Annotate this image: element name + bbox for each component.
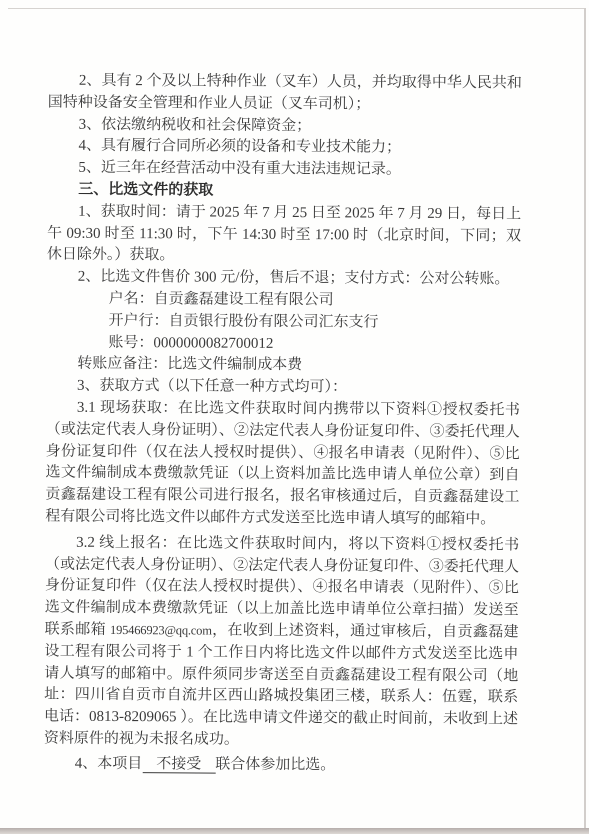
- bank-account-number: 账号：0000000082700012: [46, 332, 520, 357]
- consortium-suffix: 联合体参加比选。: [215, 756, 335, 773]
- para-document-price: 2、比选文件售价 300 元/份，售后不退；支付方式：公对公转账。: [47, 267, 521, 292]
- para-acquisition-methods: 3、获取方式（以下任意一种方式均可）：: [46, 376, 520, 401]
- qualification-item-3: 3、依法缴纳税收和社会保障资金；: [48, 114, 522, 139]
- bank-account-name: 户名：自贡鑫磊建设工程有限公司: [47, 289, 521, 314]
- consortium-not-accepted: 不接受: [142, 756, 215, 773]
- page-bottom-edge: [0, 828, 589, 834]
- para-consortium-rule: 4、本项目不接受联合体参加比选。: [44, 753, 518, 778]
- consortium-prefix: 4、本项目: [75, 755, 143, 771]
- contact-email: 195466923@qq.com: [110, 623, 212, 638]
- qualification-item-2: 2、具有 2 个及以上特种作业（叉车）人员，并均取得中华人民共和国特种设备安全管…: [48, 71, 522, 117]
- online-registration-text-cont: ，在收到上述资料，通过审核后，自贡鑫磊建设工程有限公司将于 1 个工作日内将比选…: [44, 622, 519, 747]
- qualification-item-5: 5、近三年在经营活动中没有重大违法违规记录。: [47, 158, 521, 183]
- bank-branch: 开户行：自贡银行股份有限公司汇东支行: [46, 310, 520, 335]
- document-body: 2、具有 2 个及以上特种作业（叉车）人员，并均取得中华人民共和国特种设备安全管…: [44, 71, 522, 778]
- para-acquisition-time: 1、获取时间：请于 2025 年 7 月 25 日至 2025 年 7 月 29…: [47, 201, 521, 269]
- section-heading-acquisition: 三、比选文件的获取: [47, 180, 521, 205]
- bank-transfer-note: 转账应备注：比选文件编制成本费: [46, 354, 520, 379]
- page-right-edge: [584, 8, 586, 828]
- page-top-edge: [8, 8, 586, 9]
- scanned-page: 2、具有 2 个及以上特种作业（叉车）人员，并均取得中华人民共和国特种设备安全管…: [0, 0, 589, 834]
- para-onsite-acquisition: 3.1 现场获取：在比选文件获取时间内携带以下资料①授权委托书（或法定代表人身份…: [45, 397, 520, 531]
- qualification-item-4: 4、具有履行合同所必须的设备和专业技术能力；: [47, 136, 521, 161]
- para-online-registration: 3.2 线上报名：在比选文件获取时间内，将以下资料①授权委托书（或法定代表人身份…: [44, 532, 519, 753]
